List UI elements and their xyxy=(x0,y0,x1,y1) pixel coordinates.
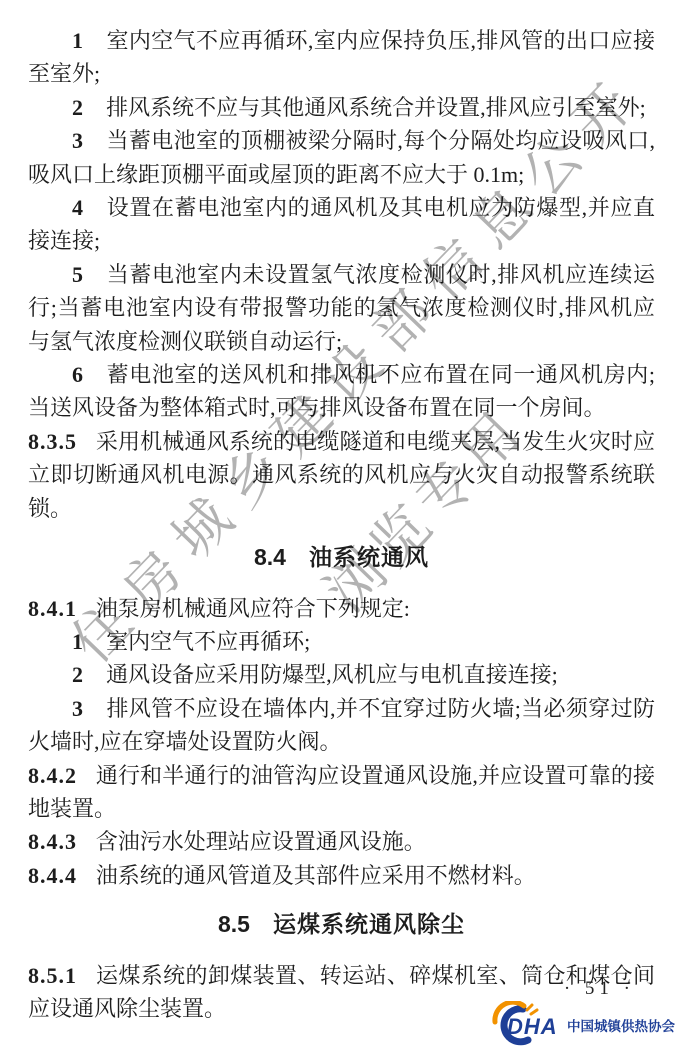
paragraph-text: 排风管不应设在墙体内,并不宜穿过防火墙;当必须穿过防火墙时,应在穿墙处设置防火阀… xyxy=(28,696,655,754)
paragraph-number: 8.3.5 xyxy=(28,429,77,454)
item-paragraph: 4设置在蓄电池室内的通风机及其电机应为防爆型,并应直接连接; xyxy=(28,191,655,258)
paragraph-text: 含油污水处理站应设置通风设施。 xyxy=(96,829,426,854)
clause-paragraph: 8.4.1油泵房机械通风应符合下列规定: xyxy=(28,592,655,625)
paragraph-number: 6 xyxy=(72,362,83,387)
paragraph-number: 8.4.2 xyxy=(28,763,77,788)
paragraph-text: 室内空气不应再循环; xyxy=(106,629,310,654)
paragraph-text: 采用机械通风系统的电缆隧道和电缆夹层,当发生火灾时应立即切断通风机电源。通风系统… xyxy=(28,429,655,521)
paragraph-text: 设置在蓄电池室内的通风机及其电机应为防爆型,并应直接连接; xyxy=(28,195,655,253)
clause-paragraph: 8.3.5采用机械通风系统的电缆隧道和电缆夹层,当发生火灾时应立即切断通风机电源… xyxy=(28,425,655,525)
document-text: 1室内空气不应再循环,室内应保持负压,排风管的出口应接至室外;2排风系统不应与其… xyxy=(28,24,655,1025)
paragraph-text: 排风系统不应与其他通风系统合并设置,排风应引至室外; xyxy=(106,95,646,120)
paragraph-number: 3 xyxy=(72,128,83,153)
paragraph-text: 室内空气不应再循环,室内应保持负压,排风管的出口应接至室外; xyxy=(28,28,655,86)
paragraph-number: 4 xyxy=(72,195,83,220)
paragraph-number: 5 xyxy=(72,262,83,287)
paragraph-number: 8.4.1 xyxy=(28,596,77,621)
dha-logo-graphic: DHA 中国城镇供热协会 xyxy=(491,1001,676,1047)
paragraph-number: 8.5 xyxy=(218,911,250,937)
item-paragraph: 2排风系统不应与其他通风系统合并设置,排风应引至室外; xyxy=(28,91,655,124)
item-paragraph: 1室内空气不应再循环; xyxy=(28,625,655,658)
clause-paragraph: 8.4.4油系统的通风管道及其部件应采用不燃材料。 xyxy=(28,859,655,892)
clause-paragraph: 8.4.3含油污水处理站应设置通风设施。 xyxy=(28,825,655,858)
paragraph-number: 8.5.1 xyxy=(28,963,77,988)
paragraph-number: 2 xyxy=(72,95,83,120)
item-paragraph: 6蓄电池室的送风机和排风机不应布置在同一通风机房内;当送风设备为整体箱式时,可与… xyxy=(28,358,655,425)
paragraph-text: 当蓄电池室的顶棚被梁分隔时,每个分隔处均应设吸风口,吸风口上缘距顶棚平面或屋顶的… xyxy=(28,128,655,186)
paragraph-text: 油泵房机械通风应符合下列规定: xyxy=(96,596,410,621)
section-heading: 8.5运煤系统通风除尘 xyxy=(28,908,655,941)
logo-acronym: DHA xyxy=(507,1014,558,1039)
section-heading: 8.4油系统通风 xyxy=(28,541,655,574)
page-number: · 51 · xyxy=(564,978,635,1000)
item-paragraph: 3当蓄电池室的顶棚被梁分隔时,每个分隔处均应设吸风口,吸风口上缘距顶棚平面或屋顶… xyxy=(28,124,655,191)
paragraph-number: 2 xyxy=(72,662,83,687)
item-paragraph: 5当蓄电池室内未设置氢气浓度检测仪时,排风机应连续运行;当蓄电池室内设有带报警功… xyxy=(28,258,655,358)
paragraph-text: 通行和半通行的油管沟应设置通风设施,并应设置可靠的接地装置。 xyxy=(28,763,655,821)
logo-org-name: 中国城镇供热协会 xyxy=(567,1018,675,1034)
item-paragraph: 1室内空气不应再循环,室内应保持负压,排风管的出口应接至室外; xyxy=(28,24,655,91)
paragraph-number: 1 xyxy=(72,629,83,654)
paragraph-text: 油系统的通风管道及其部件应采用不燃材料。 xyxy=(96,863,536,888)
signal-rays-icon xyxy=(527,1005,537,1014)
paragraph-number: 1 xyxy=(72,28,83,53)
paragraph-number: 8.4.4 xyxy=(28,863,77,888)
paragraph-number: 8.4 xyxy=(254,544,286,570)
paragraph-text: 通风设备应采用防爆型,风机应与电机直接连接; xyxy=(106,662,558,687)
document-page: 住房城乡建设部信息公开 浏览专用 1室内空气不应再循环,室内应保持负压,排风管的… xyxy=(0,0,681,1052)
clause-paragraph: 8.4.2通行和半通行的油管沟应设置通风设施,并应设置可靠的接地装置。 xyxy=(28,759,655,826)
paragraph-text: 当蓄电池室内未设置氢气浓度检测仪时,排风机应连续运行;当蓄电池室内设有带报警功能… xyxy=(28,262,655,354)
paragraph-text: 蓄电池室的送风机和排风机不应布置在同一通风机房内;当送风设备为整体箱式时,可与排… xyxy=(28,362,655,420)
item-paragraph: 2通风设备应采用防爆型,风机应与电机直接连接; xyxy=(28,658,655,691)
paragraph-text: 油系统通风 xyxy=(309,544,429,570)
paragraph-number: 3 xyxy=(72,696,83,721)
dha-logo: DHA 中国城镇供热协会 xyxy=(491,1001,676,1047)
paragraph-number: 8.4.3 xyxy=(28,829,77,854)
item-paragraph: 3排风管不应设在墙体内,并不宜穿过防火墙;当必须穿过防火墙时,应在穿墙处设置防火… xyxy=(28,692,655,759)
paragraph-text: 运煤系统通风除尘 xyxy=(273,911,465,937)
